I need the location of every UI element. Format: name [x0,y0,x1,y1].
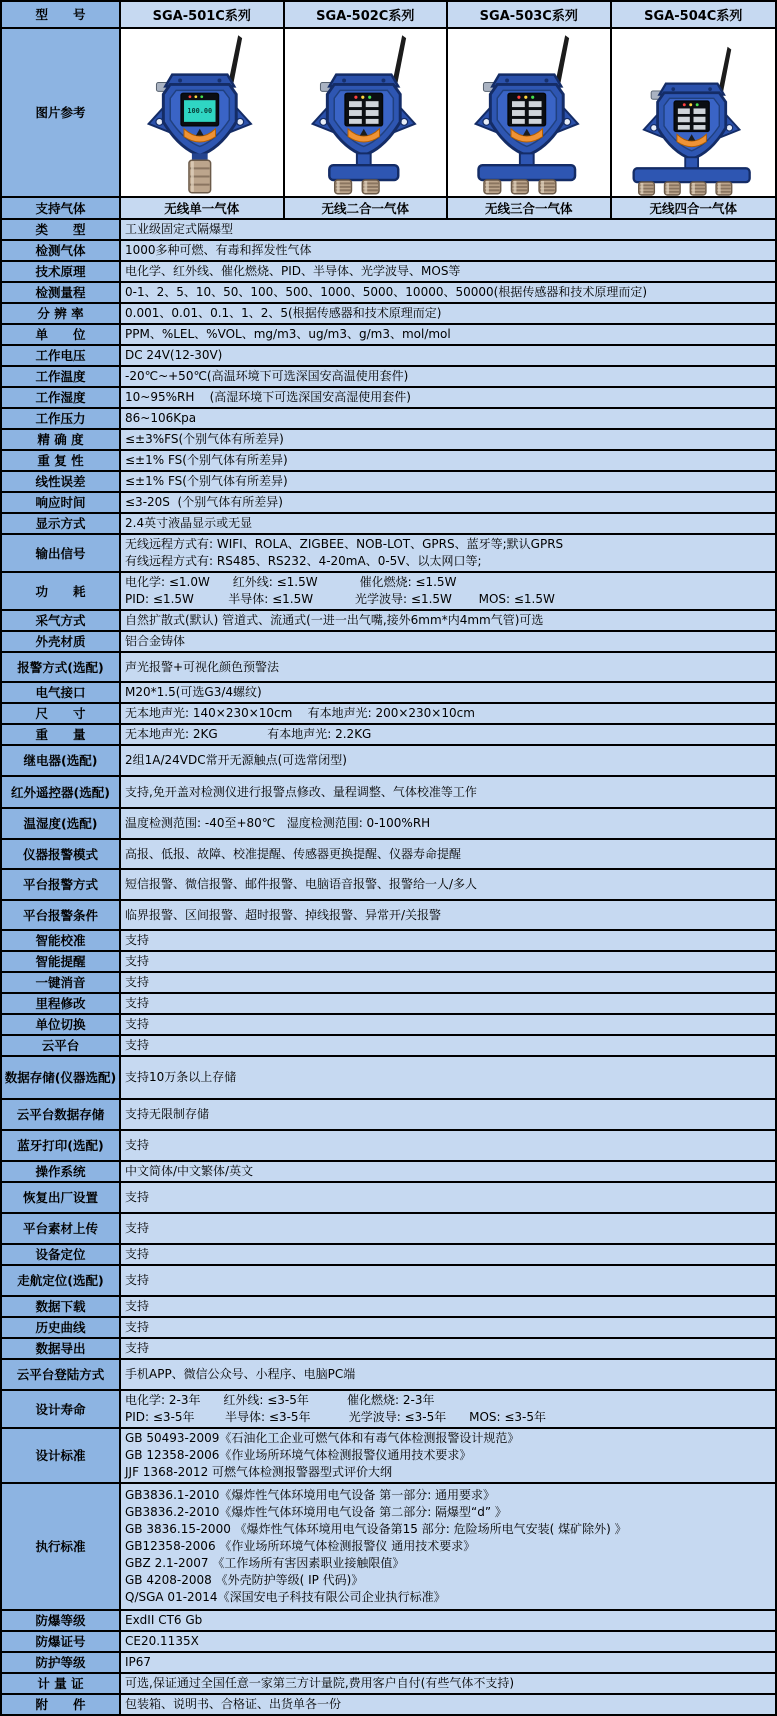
spec-sheet: 型 号 SGA-501C系列 SGA-502C系列 SGA-503C系列 SGA… [0,0,777,1716]
row-label: 响应时间 [2,493,121,512]
row-value: 支持,免开盖对检测仪进行报警点修改、量程调整、气体校准等工作 [121,777,775,807]
product-image-501c: 100.00 [121,29,285,196]
row-value-line: -20℃~+50℃(高温环境下可选深国安高温使用套件) [125,368,771,385]
row-label: 温湿度(选配) [2,809,121,838]
row-label: 分 辨 率 [2,304,121,323]
row-value-line: 铝合金铸体 [125,633,771,650]
spec-row: 检测气体1000多种可燃、有毒和挥发性气体 [2,241,775,262]
row-label: 工作压力 [2,409,121,428]
gas-type-504c: 无线四合一气体 [612,198,776,218]
spec-row: 报警方式(选配)声光报警+可视化颜色预警法 [2,653,775,683]
row-label: 单 位 [2,325,121,344]
row-label: 智能校准 [2,931,121,950]
row-label: 数据下载 [2,1297,121,1316]
row-label: 历史曲线 [2,1318,121,1337]
spec-row: 防护等级IP67 [2,1653,775,1674]
gas-type-502c: 无线二合一气体 [285,198,449,218]
row-label: 工作电压 [2,346,121,365]
model-name-502c: SGA-502C系列 [285,2,449,27]
row-value-line: 支持 [125,1189,771,1206]
row-label: 恢复出厂设置 [2,1183,121,1212]
row-value-line: 支持 [125,1272,771,1289]
spec-row: 智能提醒支持 [2,952,775,973]
row-value-line: 自然扩散式(默认) 管道式、流通式(一进一出气嘴,接外6mm*内4mm气管)可选 [125,612,771,629]
row-label-image: 图片参考 [2,29,121,196]
row-label: 仪器报警模式 [2,840,121,868]
row-value: 可选,保证通过全国任意一家第三方计量院,费用客户自付(有些气体不支持) [121,1674,775,1693]
row-value: 高报、低报、故障、校准提醒、传感器更换提醒、仪器寿命提醒 [121,840,775,868]
spec-row: 里程修改支持 [2,994,775,1015]
row-value-line: 2组1A/24VDC常开无源触点(可选常闭型) [125,752,771,769]
spec-row: 尺 寸无本地声光: 140×230×10cm 有本地声光: 200×230×10… [2,704,775,725]
spec-row: 采气方式自然扩散式(默认) 管道式、流通式(一进一出气嘴,接外6mm*内4mm气… [2,611,775,632]
row-label: 云平台数据存储 [2,1100,121,1129]
row-value-line: GB12358-2006 《作业场所环境气体检测报警仪 通用技术要求》 [125,1538,771,1555]
row-value: GB 50493-2009《石油化工企业可燃气体和有毒气体检测报警设计规范》GB… [121,1429,775,1482]
row-value-line: 0.001、0.01、0.1、1、2、5(根据传感器和技术原理而定) [125,305,771,322]
row-value: IP67 [121,1653,775,1672]
spec-row: 工作电压DC 24V(12-30V) [2,346,775,367]
row-label: 单位切换 [2,1015,121,1034]
row-value: 支持 [121,994,775,1013]
spec-row: 平台素材上传支持 [2,1214,775,1245]
row-value-line: 支持 [125,953,771,970]
row-value: 自然扩散式(默认) 管道式、流通式(一进一出气嘴,接外6mm*内4mm气管)可选 [121,611,775,630]
row-label: 附 件 [2,1695,121,1714]
row-value-line: 1000多种可燃、有毒和挥发性气体 [125,242,771,259]
gas-type-501c: 无线单一气体 [121,198,285,218]
row-value-line: 10~95%RH (高湿环境下可选深国安高湿使用套件) [125,389,771,406]
row-value-line: GB3836.2-2010《爆炸性气体环境用电气设备 第二部分: 隔爆型“d” … [125,1504,771,1521]
spec-row: 智能校准支持 [2,931,775,952]
row-value-line: PID: ≤1.5W 半导体: ≤1.5W 光学波导: ≤1.5W MOS: ≤… [125,591,771,608]
spec-row: 技术原理电化学、红外线、催化燃烧、PID、半导体、光学波导、MOS等 [2,262,775,283]
row-value: 临界报警、区间报警、超时报警、掉线报警、异常开/关报警 [121,901,775,929]
row-value: 短信报警、微信报警、邮件报警、电脑语音报警、报警给一人/多人 [121,870,775,899]
row-value: -20℃~+50℃(高温环境下可选深国安高温使用套件) [121,367,775,386]
row-value: GB3836.1-2010《爆炸性气体环境用电气设备 第一部分: 通用要求》GB… [121,1484,775,1609]
spec-row: 响应时间≤3-20S (个别气体有所差异) [2,493,775,514]
row-value-line: 支持 [125,1137,771,1154]
row-label: 智能提醒 [2,952,121,971]
row-value-line: 高报、低报、故障、校准提醒、传感器更换提醒、仪器寿命提醒 [125,846,771,863]
gas-detector-illustration [448,30,610,196]
row-label: 红外遥控器(选配) [2,777,121,807]
spec-row: 单 位PPM、%LEL、%VOL、mg/m3、ug/m3、g/m3、mol/mo… [2,325,775,346]
row-value: 温度检测范围: -40至+80℃ 湿度检测范围: 0-100%RH [121,809,775,838]
row-value: 电化学、红外线、催化燃烧、PID、半导体、光学波导、MOS等 [121,262,775,281]
row-value: ≤±1% FS(个别气体有所差异) [121,472,775,491]
row-label: 尺 寸 [2,704,121,723]
product-image-503c [448,29,612,196]
row-value-line: 中文简体/中文繁体/英文 [125,1163,771,1180]
image-row: 图片参考 100.00 [2,29,775,198]
spec-row: 重 量无本地声光: 2KG 有本地声光: 2.2KG [2,725,775,746]
row-label: 防爆证号 [2,1632,121,1651]
row-value-line: 短信报警、微信报警、邮件报警、电脑语音报警、报警给一人/多人 [125,876,771,893]
row-label: 蓝牙打印(选配) [2,1131,121,1160]
spec-row: 温湿度(选配)温度检测范围: -40至+80℃ 湿度检测范围: 0-100%RH [2,809,775,840]
spec-row: 红外遥控器(选配)支持,免开盖对检测仪进行报警点修改、量程调整、气体校准等工作 [2,777,775,809]
spec-row: 数据导出支持 [2,1339,775,1360]
spec-row: 电气接口M20*1.5(可选G3/4螺纹) [2,683,775,704]
row-label: 输出信号 [2,535,121,571]
row-value-line: 电化学、红外线、催化燃烧、PID、半导体、光学波导、MOS等 [125,263,771,280]
row-label: 工作温度 [2,367,121,386]
spec-row: 防爆等级ExdII CT6 Gb [2,1611,775,1632]
spec-row: 精 确 度≤±3%FS(个别气体有所差异) [2,430,775,451]
spec-row: 执行标准GB3836.1-2010《爆炸性气体环境用电气设备 第一部分: 通用要… [2,1484,775,1611]
row-value-line: 电化学: 2-3年 红外线: ≤3-5年 催化燃烧: 2-3年 [125,1392,771,1409]
row-value: 0.001、0.01、0.1、1、2、5(根据传感器和技术原理而定) [121,304,775,323]
spec-row: 一键消音支持 [2,973,775,994]
row-value-line: 支持 [125,1016,771,1033]
row-value-line: GB3836.1-2010《爆炸性气体环境用电气设备 第一部分: 通用要求》 [125,1487,771,1504]
row-value-line: 无线远程方式有: WIFI、ROLA、ZIGBEE、NOB-LOT、GPRS、蓝… [125,536,771,553]
row-value-line: 电化学: ≤1.0W 红外线: ≤1.5W 催化燃烧: ≤1.5W [125,574,771,591]
row-label: 走航定位(选配) [2,1266,121,1295]
row-label-model: 型 号 [2,2,121,27]
row-value-line: JJF 1368-2012 可燃气体检测报警器型式评价大纲 [125,1464,771,1481]
row-label: 类 型 [2,220,121,239]
spec-row: 数据存储(仪器选配)支持10万条以上存储 [2,1057,775,1100]
row-label: 采气方式 [2,611,121,630]
row-value: 无本地声光: 140×230×10cm 有本地声光: 200×230×10cm [121,704,775,723]
row-value-line: 支持 [125,1220,771,1237]
gas-detector-illustration: 100.00 [121,30,283,196]
row-value: 支持 [121,1245,775,1264]
row-value-line: GBZ 2.1-2007 《工作场所有害因素职业接触限值》 [125,1555,771,1572]
row-label-gas: 支持气体 [2,198,121,218]
row-value-line: 支持无限制存储 [125,1106,771,1123]
row-value-line: 无本地声光: 2KG 有本地声光: 2.2KG [125,726,771,743]
spec-row: 附 件包装箱、说明书、合格证、出货单各一份 [2,1695,775,1714]
row-value-line: 0-1、2、5、10、50、100、500、1000、5000、10000、50… [125,284,771,301]
row-value: 支持 [121,1131,775,1160]
row-label: 一键消音 [2,973,121,992]
svg-text:100.00: 100.00 [187,107,212,115]
spec-row: 工作湿度10~95%RH (高湿环境下可选深国安高湿使用套件) [2,388,775,409]
row-value-line: 工业级固定式隔爆型 [125,221,771,238]
row-value-line: 支持 [125,1340,771,1357]
spec-row: 平台报警条件临界报警、区间报警、超时报警、掉线报警、异常开/关报警 [2,901,775,931]
row-value: M20*1.5(可选G3/4螺纹) [121,683,775,702]
row-label: 平台素材上传 [2,1214,121,1243]
row-label: 精 确 度 [2,430,121,449]
row-value: 支持 [121,1297,775,1316]
row-value: ≤3-20S (个别气体有所差异) [121,493,775,512]
row-label: 外壳材质 [2,632,121,651]
row-value: 中文简体/中文繁体/英文 [121,1162,775,1181]
row-value-line: GB 12358-2006《作业场所环境气体检测报警仪通用技术要求》 [125,1447,771,1464]
row-value: 铝合金铸体 [121,632,775,651]
row-label: 检测量程 [2,283,121,302]
row-value-line: 支持 [125,974,771,991]
model-name-503c: SGA-503C系列 [448,2,612,27]
row-value: 1000多种可燃、有毒和挥发性气体 [121,241,775,260]
row-value: 声光报警+可视化颜色预警法 [121,653,775,681]
product-image-504c [612,29,776,196]
spec-row: 操作系统中文简体/中文繁体/英文 [2,1162,775,1183]
row-value-line: 手机APP、微信公众号、小程序、电脑PC端 [125,1366,771,1383]
spec-row: 输出信号无线远程方式有: WIFI、ROLA、ZIGBEE、NOB-LOT、GP… [2,535,775,573]
row-value: 支持 [121,1339,775,1358]
row-label: 继电器(选配) [2,746,121,775]
row-value-line: ≤±3%FS(个别气体有所差异) [125,431,771,448]
model-name-501c: SGA-501C系列 [121,2,285,27]
row-value-line: ExdII CT6 Gb [125,1612,771,1629]
spec-row: 工作温度-20℃~+50℃(高温环境下可选深国安高温使用套件) [2,367,775,388]
spec-row: 功 耗电化学: ≤1.0W 红外线: ≤1.5W 催化燃烧: ≤1.5WPID:… [2,573,775,611]
row-value: 支持 [121,1036,775,1055]
row-value: 工业级固定式隔爆型 [121,220,775,239]
row-value: PPM、%LEL、%VOL、mg/m3、ug/m3、g/m3、mol/mol [121,325,775,344]
model-header-row: 型 号 SGA-501C系列 SGA-502C系列 SGA-503C系列 SGA… [2,2,775,29]
row-value: 支持 [121,1214,775,1243]
row-value-line: DC 24V(12-30V) [125,347,771,364]
row-value: CE20.1135X [121,1632,775,1651]
row-label: 防护等级 [2,1653,121,1672]
row-value-line: CE20.1135X [125,1633,771,1650]
product-image-502c [285,29,449,196]
row-value-line: GB 3836.15-2000 《爆炸性气体环境用电气设备第15 部分: 危险场… [125,1521,771,1538]
spec-row: 线性误差≤±1% FS(个别气体有所差异) [2,472,775,493]
row-value: 2组1A/24VDC常开无源触点(可选常闭型) [121,746,775,775]
gas-detector-illustration [618,43,769,196]
row-label: 防爆等级 [2,1611,121,1630]
row-value-line: 温度检测范围: -40至+80℃ 湿度检测范围: 0-100%RH [125,815,771,832]
row-value-line: M20*1.5(可选G3/4螺纹) [125,684,771,701]
row-label: 设备定位 [2,1245,121,1264]
row-value: 支持 [121,1015,775,1034]
row-label: 重 量 [2,725,121,744]
spec-row: 类 型工业级固定式隔爆型 [2,220,775,241]
row-value-line: 2.4英寸液晶显示或无显 [125,515,771,532]
row-value: 支持 [121,1318,775,1337]
row-value: 支持 [121,1183,775,1212]
row-label: 报警方式(选配) [2,653,121,681]
row-label: 计 量 证 [2,1674,121,1693]
row-label: 设计寿命 [2,1391,121,1427]
spec-row: 历史曲线支持 [2,1318,775,1339]
row-value: 无本地声光: 2KG 有本地声光: 2.2KG [121,725,775,744]
row-value: 0-1、2、5、10、50、100、500、1000、5000、10000、50… [121,283,775,302]
row-value: 电化学: 2-3年 红外线: ≤3-5年 催化燃烧: 2-3年PID: ≤3-5… [121,1391,775,1427]
row-value-line: 支持 [125,995,771,1012]
spec-row: 云平台支持 [2,1036,775,1057]
spec-row: 显示方式2.4英寸液晶显示或无显 [2,514,775,535]
row-value: ≤±3%FS(个别气体有所差异) [121,430,775,449]
row-value-line: 支持10万条以上存储 [125,1069,771,1086]
row-label: 电气接口 [2,683,121,702]
row-value-line: PPM、%LEL、%VOL、mg/m3、ug/m3、g/m3、mol/mol [125,326,771,343]
spec-row: 云平台数据存储支持无限制存储 [2,1100,775,1131]
row-value-line: 支持 [125,1246,771,1263]
spec-row: 恢复出厂设置支持 [2,1183,775,1214]
row-label: 技术原理 [2,262,121,281]
row-value: 10~95%RH (高湿环境下可选深国安高湿使用套件) [121,388,775,407]
spec-row: 平台报警方式短信报警、微信报警、邮件报警、电脑语音报警、报警给一人/多人 [2,870,775,901]
spec-row: 外壳材质铝合金铸体 [2,632,775,653]
spec-row: 工作压力86~106Kpa [2,409,775,430]
row-value: 支持10万条以上存储 [121,1057,775,1098]
row-value-line: Q/SGA 01-2014《深国安电子科技有限公司企业执行标准》 [125,1589,771,1606]
row-label: 功 耗 [2,573,121,609]
spec-row: 仪器报警模式高报、低报、故障、校准提醒、传感器更换提醒、仪器寿命提醒 [2,840,775,870]
row-value-line: PID: ≤3-5年 半导体: ≤3-5年 光学波导: ≤3-5年 MOS: ≤… [125,1409,771,1426]
gas-row: 支持气体 无线单一气体 无线二合一气体 无线三合一气体 无线四合一气体 [2,198,775,220]
row-label: 工作湿度 [2,388,121,407]
spec-row: 设计寿命电化学: 2-3年 红外线: ≤3-5年 催化燃烧: 2-3年PID: … [2,1391,775,1429]
row-value: ExdII CT6 Gb [121,1611,775,1630]
row-label: 平台报警条件 [2,901,121,929]
spec-row: 分 辨 率0.001、0.01、0.1、1、2、5(根据传感器和技术原理而定) [2,304,775,325]
row-value-line: 临界报警、区间报警、超时报警、掉线报警、异常开/关报警 [125,907,771,924]
spec-rows: 类 型工业级固定式隔爆型检测气体1000多种可燃、有毒和挥发性气体技术原理电化学… [2,220,775,1714]
row-value-line: GB 50493-2009《石油化工企业可燃气体和有毒气体检测报警设计规范》 [125,1430,771,1447]
row-value: 电化学: ≤1.0W 红外线: ≤1.5W 催化燃烧: ≤1.5WPID: ≤1… [121,573,775,609]
row-value-line: GB 4208-2008 《外壳防护等级( IP 代码)》 [125,1572,771,1589]
spec-row: 数据下载支持 [2,1297,775,1318]
row-label: 检测气体 [2,241,121,260]
model-name-504c: SGA-504C系列 [612,2,776,27]
row-label: 执行标准 [2,1484,121,1609]
row-value: 支持无限制存储 [121,1100,775,1129]
row-label: 显示方式 [2,514,121,533]
spec-row: 走航定位(选配)支持 [2,1266,775,1297]
row-value-line: 86~106Kpa [125,410,771,427]
row-value: 手机APP、微信公众号、小程序、电脑PC端 [121,1360,775,1389]
spec-row: 蓝牙打印(选配)支持 [2,1131,775,1162]
spec-row: 检测量程0-1、2、5、10、50、100、500、1000、5000、1000… [2,283,775,304]
row-value-line: ≤3-20S (个别气体有所差异) [125,494,771,511]
row-value-line: 支持 [125,932,771,949]
row-value-line: 可选,保证通过全国任意一家第三方计量院,费用客户自付(有些气体不支持) [125,1675,771,1692]
row-label: 重 复 性 [2,451,121,470]
row-value-line: 无本地声光: 140×230×10cm 有本地声光: 200×230×10cm [125,705,771,722]
spec-row: 设备定位支持 [2,1245,775,1266]
row-value: 支持 [121,952,775,971]
row-label: 设计标准 [2,1429,121,1482]
spec-row: 设计标准GB 50493-2009《石油化工企业可燃气体和有毒气体检测报警设计规… [2,1429,775,1484]
row-value-line: 支持 [125,1319,771,1336]
row-label: 里程修改 [2,994,121,1013]
row-value-line: IP67 [125,1654,771,1671]
spec-row: 继电器(选配)2组1A/24VDC常开无源触点(可选常闭型) [2,746,775,777]
row-value-line: 有线远程方式有: RS485、RS232、4-20mA、0-5V、以太网口等; [125,553,771,570]
row-value: 无线远程方式有: WIFI、ROLA、ZIGBEE、NOB-LOT、GPRS、蓝… [121,535,775,571]
gas-detector-illustration [285,30,447,196]
row-label: 数据存储(仪器选配) [2,1057,121,1098]
row-value: 支持 [121,1266,775,1295]
row-value: 支持 [121,973,775,992]
row-value: 包装箱、说明书、合格证、出货单各一份 [121,1695,775,1714]
row-value-line: 支持,免开盖对检测仪进行报警点修改、量程调整、气体校准等工作 [125,784,771,801]
row-label: 云平台登陆方式 [2,1360,121,1389]
row-label: 平台报警方式 [2,870,121,899]
spec-row: 防爆证号CE20.1135X [2,1632,775,1653]
row-value: 2.4英寸液晶显示或无显 [121,514,775,533]
row-value-line: 包装箱、说明书、合格证、出货单各一份 [125,1696,771,1713]
row-label: 云平台 [2,1036,121,1055]
row-value-line: ≤±1% FS(个别气体有所差异) [125,473,771,490]
row-value: ≤±1% FS(个别气体有所差异) [121,451,775,470]
spec-row: 云平台登陆方式手机APP、微信公众号、小程序、电脑PC端 [2,1360,775,1391]
row-value-line: 支持 [125,1298,771,1315]
row-value: 86~106Kpa [121,409,775,428]
row-label: 数据导出 [2,1339,121,1358]
spec-row: 重 复 性≤±1% FS(个别气体有所差异) [2,451,775,472]
gas-type-503c: 无线三合一气体 [448,198,612,218]
spec-row: 单位切换支持 [2,1015,775,1036]
row-label: 操作系统 [2,1162,121,1181]
row-label: 线性误差 [2,472,121,491]
row-value: 支持 [121,931,775,950]
row-value-line: 声光报警+可视化颜色预警法 [125,659,771,676]
row-value-line: 支持 [125,1037,771,1054]
row-value-line: ≤±1% FS(个别气体有所差异) [125,452,771,469]
row-value: DC 24V(12-30V) [121,346,775,365]
spec-row: 计 量 证可选,保证通过全国任意一家第三方计量院,费用客户自付(有些气体不支持) [2,1674,775,1695]
